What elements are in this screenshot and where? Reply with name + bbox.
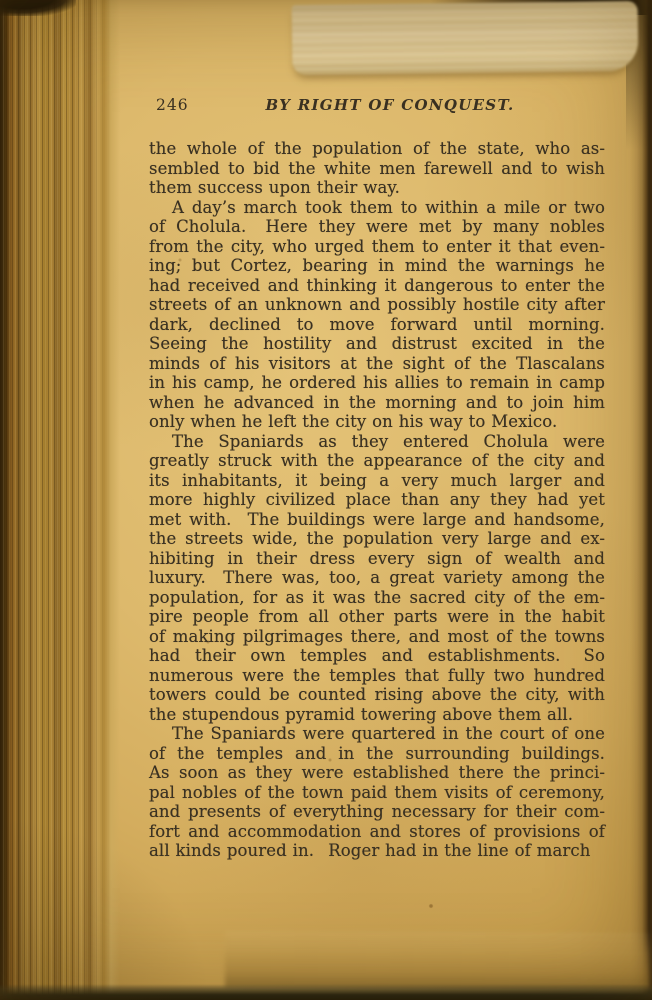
page-right-edge-shadow: [630, 0, 652, 1000]
running-title: BY RIGHT OF CONQUEST.: [149, 96, 605, 114]
text-line: As soon as they were established there t…: [149, 763, 605, 783]
book-page-scan: 246 BY RIGHT OF CONQUEST. the whole of t…: [0, 0, 652, 1000]
text-line: dark, declined to move forward until mor…: [149, 315, 605, 335]
paragraph: The Spaniards were quartered in the cour…: [149, 724, 605, 861]
text-line: the stupendous pyramid towering above th…: [149, 705, 605, 725]
text-line: more highly civilized place than any the…: [149, 490, 605, 510]
text-line: fort and accommodation and stores of pro…: [149, 822, 605, 842]
text-line: in his camp, he ordered his allies to re…: [149, 373, 605, 393]
text-line: of making pilgrimages there, and most of…: [149, 627, 605, 647]
text-line: of the temples and in the surrounding bu…: [149, 744, 605, 764]
text-line: of Cholula. Here they were met by many n…: [149, 217, 605, 237]
text-line: hibiting in their dress every sign of we…: [149, 549, 605, 569]
text-line: A day’s march took them to within a mile…: [149, 198, 605, 218]
text-line: the whole of the population of the state…: [149, 139, 605, 159]
scan-blur-band-bottom: [225, 932, 650, 990]
text-line: numerous were the temples that fully two…: [149, 666, 605, 686]
paragraph: The Spaniards as they entered Cholula we…: [149, 432, 605, 725]
text-line: from the city, who urged them to enter i…: [149, 237, 605, 257]
text-line: only when he left the city on his way to…: [149, 412, 605, 432]
text-line: met with. The buildings were large and h…: [149, 510, 605, 530]
text-line: pal nobles of the town paid them visits …: [149, 783, 605, 803]
paragraph: the whole of the population of the state…: [149, 139, 605, 198]
page-edge-stripes: [0, 0, 110, 1000]
scan-dark-corner-topleft: [0, 0, 76, 16]
text-line: Seeing the hostility and distrust excite…: [149, 334, 605, 354]
text-line: luxury. There was, too, a great variety …: [149, 568, 605, 588]
text-line: streets of an unknown and possibly hosti…: [149, 295, 605, 315]
text-line: sembled to bid the white men farewell an…: [149, 159, 605, 179]
page-header: 246 BY RIGHT OF CONQUEST.: [149, 96, 605, 116]
text-line: had their own temples and establishments…: [149, 646, 605, 666]
page-right-edge-shadow-top: [626, 0, 652, 150]
text-line: the streets wide, the population very la…: [149, 529, 605, 549]
text-line: them success upon their way.: [149, 178, 605, 198]
text-line: The Spaniards were quartered in the cour…: [149, 724, 605, 744]
text-line: greatly struck with the appearance of th…: [149, 451, 605, 471]
text-line: had received and thinking it dangerous t…: [149, 276, 605, 296]
text-line: towers could be counted rising above the…: [149, 685, 605, 705]
text-line: population, for as it was the sacred cit…: [149, 588, 605, 608]
scan-dark-corner-topright: [548, 0, 652, 15]
text-line: and presents of everything necessary for…: [149, 802, 605, 822]
book-binding-edge: [0, 0, 120, 1000]
text-block: the whole of the population of the state…: [149, 139, 605, 861]
text-line: its inhabitants, it being a very much la…: [149, 471, 605, 491]
text-line: The Spaniards as they entered Cholula we…: [149, 432, 605, 452]
text-line: when he advanced in the morning and to j…: [149, 393, 605, 413]
text-line: pire people from all other parts were in…: [149, 607, 605, 627]
text-line: minds of his visitors at the sight of th…: [149, 354, 605, 374]
scan-dark-edge-bottom: [0, 984, 652, 1000]
text-line: ing; but Cortez, bearing in mind the war…: [149, 256, 605, 276]
scan-blur-band-top: [292, 1, 639, 75]
scan-dark-edge-top: [430, 0, 652, 7]
text-line: all kinds poured in. Roger had in the li…: [149, 841, 605, 861]
paragraph: A day’s march took them to within a mile…: [149, 198, 605, 432]
